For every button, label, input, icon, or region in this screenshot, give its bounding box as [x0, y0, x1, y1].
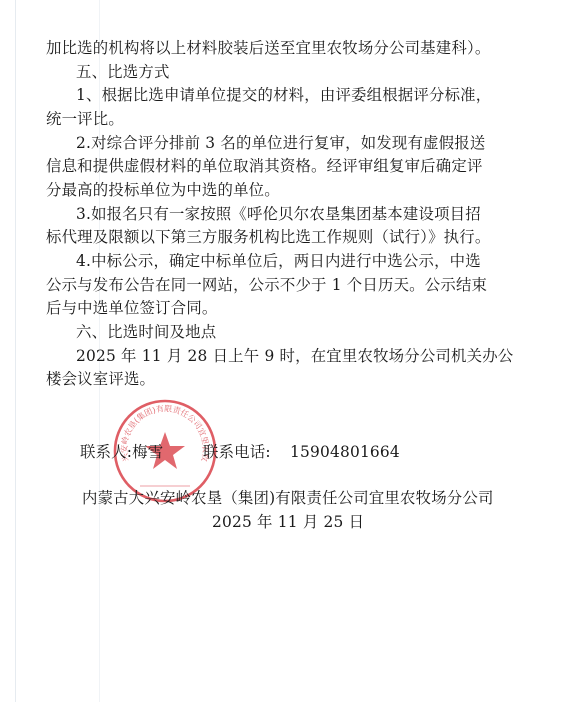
text-line: 3.如报名只有一家按照《呼伦贝尔农垦集团基本建设项目招 [76, 204, 481, 224]
contact-phone-label: 联系电话: [203, 442, 271, 462]
signature-date: 2025 年 11 月 25 日 [212, 512, 364, 532]
text-line: 统一评比。 [46, 109, 124, 129]
contact-person: 联系人:梅雪 [80, 442, 163, 462]
section-heading: 六、比选时间及地点 [76, 322, 216, 342]
text-line: 加比选的机构将以上材料胶装后送至宜里农牧场分公司基建科）。 [46, 38, 490, 58]
text-line: 2025 年 11 月 28 日上午 9 时，在宜里农牧场分公司机关办公 [76, 346, 513, 366]
scan-edge [15, 0, 16, 702]
contact-phone: 15904801664 [290, 442, 400, 462]
text-line: 1、根据比选申请单位提交的材料，由评委组根据评分标准， [76, 85, 491, 105]
signature-organization: 内蒙古大兴安岭农垦（集团)有限责任公司宜里农牧场分公司 [82, 488, 494, 508]
text-line: 楼会议室评选。 [46, 369, 155, 389]
text-line: 2.对综合评分排前 3 名的单位进行复审，如发现有虚假报送 [76, 133, 485, 153]
text-line: 后与中选单位签订合同。 [46, 298, 218, 318]
text-line: 信息和提供虚假材料的单位取消其资格。经评审组复审后确定评 [46, 156, 483, 176]
text-line: 分最高的投标单位为中选的单位。 [46, 180, 280, 200]
section-heading: 五、比选方式 [76, 62, 170, 82]
text-line: 4.中标公示，确定中标单位后，两日内进行中选公示，中选 [76, 251, 481, 271]
text-line: 公示与发布公告在同一网站，公示不少于 1 个日历天。公示结束 [46, 275, 487, 295]
text-line: 标代理及限额以下第三方服务机构比选工作规则（试行）》执行。 [46, 227, 490, 247]
